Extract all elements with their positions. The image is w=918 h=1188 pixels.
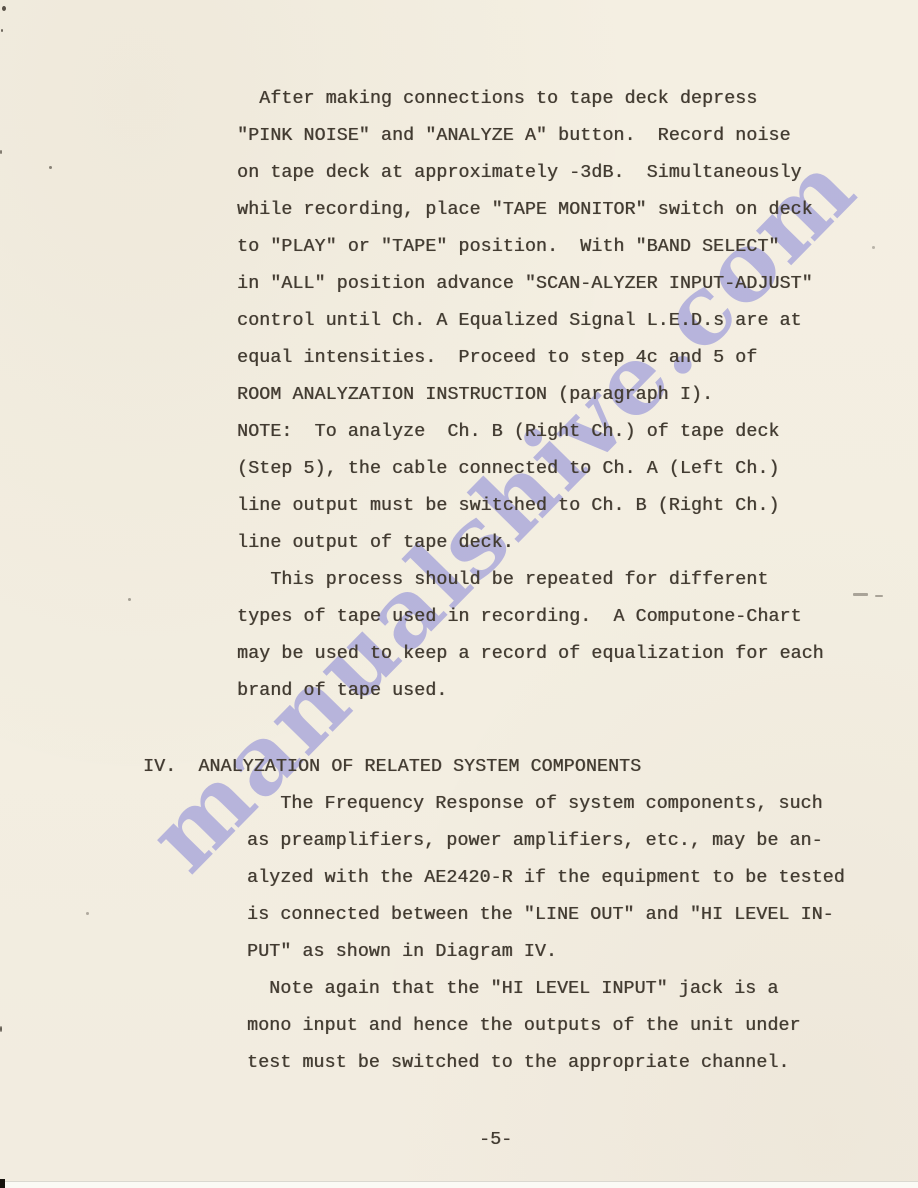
text-line: After making connections to tape deck de… [237,81,824,118]
scan-artifact-speck [86,912,89,915]
text-line: PUT" as shown in Diagram IV. [247,934,845,971]
text-line: to "PLAY" or "TAPE" position. With "BAND… [237,229,824,266]
text-line: This process should be repeated for diff… [237,562,824,599]
scan-artifact-dash [875,595,883,597]
scan-artifact-speck [2,6,6,11]
text-line: may be used to keep a record of equaliza… [237,636,824,673]
scan-artifact-speck [872,246,875,249]
text-line: in "ALL" position advance "SCAN-ALYZER I… [237,266,824,303]
scan-edge [0,1181,918,1188]
text-line: Note again that the "HI LEVEL INPUT" jac… [247,971,845,1008]
text-line: (Step 5), the cable connected to Ch. A (… [237,451,824,488]
section-paragraph-block: The Frequency Response of system compone… [247,786,845,1082]
scanned-manual-page: manualshive.com After making connections… [0,0,918,1188]
text-line: on tape deck at approximately -3dB. Simu… [237,155,824,192]
scan-artifact-speck [128,598,131,601]
page-number-block: -5- [479,1122,512,1159]
text-line: mono input and hence the outputs of the … [247,1008,845,1045]
text-line: alyzed with the AE2420-R if the equipmen… [247,860,845,897]
scan-artifact-speck [0,150,2,154]
main-paragraph-block: After making connections to tape deck de… [237,81,824,710]
text-line: line output of tape deck. [237,525,824,562]
text-line: is connected between the "LINE OUT" and … [247,897,845,934]
text-line: brand of tape used. [237,673,824,710]
text-line: NOTE: To analyze Ch. B (Right Ch.) of ta… [237,414,824,451]
scan-artifact-speck [0,1026,2,1032]
section-heading-block: IV. ANALYZATION OF RELATED SYSTEM COMPON… [143,749,641,786]
text-line: while recording, place "TAPE MONITOR" sw… [237,192,824,229]
text-line: ROOM ANALYZATION INSTRUCTION (paragraph … [237,377,824,414]
text-line: line output must be switched to Ch. B (R… [237,488,824,525]
page-number: -5- [479,1122,512,1159]
text-line: "PINK NOISE" and "ANALYZE A" button. Rec… [237,118,824,155]
text-line: control until Ch. A Equalized Signal L.E… [237,303,824,340]
scan-artifact-dash [853,593,868,596]
scan-corner-mark [0,1179,5,1188]
text-line: types of tape used in recording. A Compu… [237,599,824,636]
text-line: equal intensities. Proceed to step 4c an… [237,340,824,377]
scan-artifact-speck [1,29,3,32]
text-line: as preamplifiers, power amplifiers, etc.… [247,823,845,860]
scan-artifact-speck [49,166,52,169]
section-heading: IV. ANALYZATION OF RELATED SYSTEM COMPON… [143,749,641,786]
text-line: test must be switched to the appropriate… [247,1045,845,1082]
text-line: The Frequency Response of system compone… [247,786,845,823]
